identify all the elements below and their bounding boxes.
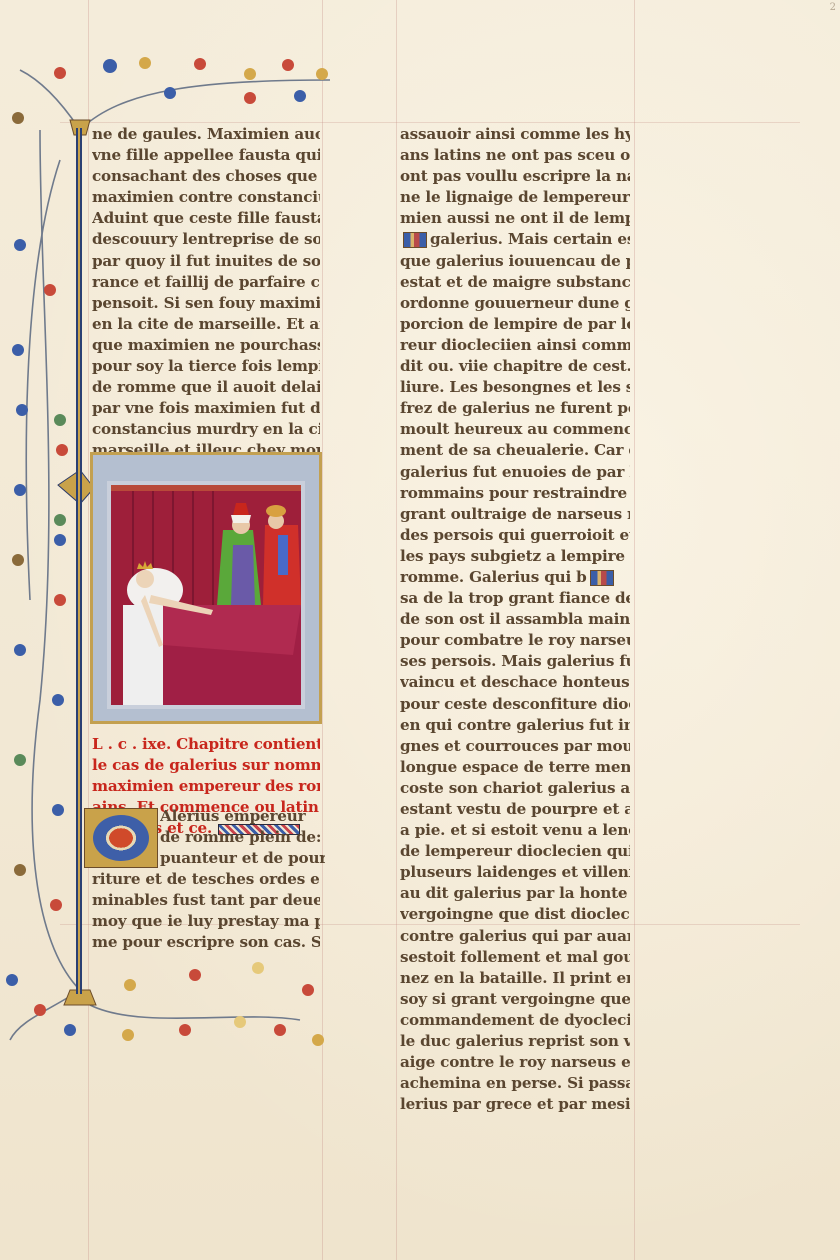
- text-line: grant oultraige de narseus roy:: [400, 504, 630, 525]
- text-line: de romme plein de:: [160, 827, 325, 848]
- text-line: pour soy la tierce fois lempire:: [92, 356, 320, 377]
- text-line: estant vestu de pourpre et alant: [400, 799, 630, 820]
- text-line: frez de galerius ne furent point: [400, 398, 630, 419]
- text-line: mien aussi ne ont il de lempereur: [400, 208, 630, 229]
- text-line: sa de la trop grant fiance de soy et: [400, 588, 630, 609]
- sickbed-scene-illustration: [93, 455, 319, 721]
- text-line: aige contre le roy narseus et se: [400, 1052, 630, 1073]
- text-line: Alerius empereur: [160, 806, 325, 827]
- text-line: descouury lentreprise de son pere: [92, 229, 320, 250]
- border-bar: [76, 128, 82, 994]
- text-line: par vne fois maximien fut de par: [92, 398, 320, 419]
- text-line: pour ceste desconfiture dioclecien: [400, 694, 630, 715]
- text-after-initial: riture et de tesches ordes et abho minab…: [92, 869, 320, 953]
- text-line: pluseurs laidenges et villenies: [400, 862, 630, 883]
- text-line: le duc galerius reprist son voy: [400, 1031, 630, 1052]
- text-line: les pays subgietz a lempire de:: [400, 546, 630, 567]
- text-line: vaincu et deschace honteusement: [400, 672, 630, 693]
- text-line-content: nez en la bataille. Il print en: [400, 969, 630, 987]
- rubric-line: le cas de galerius sur nomme:: [92, 755, 320, 776]
- text-line: ne le lignaige de lempereur maxi: [400, 187, 630, 208]
- text-line: liure. Les besongnes et les souf: [400, 377, 630, 398]
- text-line: minables fust tant par deuers:: [92, 890, 320, 911]
- manuscript-page: 2: [0, 0, 840, 1260]
- text-line: coste son chariot galerius adont: [400, 778, 630, 799]
- text-line: rommains pour restraindre le tres: [400, 483, 630, 504]
- text-line: gnes et courrouces par moult:: [400, 736, 630, 757]
- rubric-line: maximien empereur des romm: [92, 776, 320, 797]
- text-line: moult heureux au commence: [400, 419, 630, 440]
- inline-initial-m: [403, 232, 427, 248]
- text-line: pour combatre le roy narseus et: [400, 630, 630, 651]
- text-line: de lempereur dioclecien qui dit: [400, 841, 630, 862]
- initial-ornament: [93, 815, 149, 861]
- inline-initial-g: [590, 570, 614, 586]
- text-line: commandement de dyoclecien: [400, 1010, 630, 1031]
- text-line: estat et de maigre substance fut:: [400, 272, 630, 293]
- text-line: ses persois. Mais galerius fut: [400, 651, 630, 672]
- text-line: moy que ie luy prestay ma plu: [92, 911, 320, 932]
- text-line: reur diocleciien ainsi comme iay: [400, 335, 630, 356]
- text-line: en la cite de marseille. Et afin: [92, 314, 320, 335]
- text-line: ordonne gouuerneur dune grant: [400, 293, 630, 314]
- text-line: au dit galerius par la honte et: [400, 883, 630, 904]
- text-line: constancius murdry en la cite de: [92, 419, 320, 440]
- text-line: ne de gaules. Maximien auoit:: [92, 124, 320, 145]
- text-line: riture et de tesches ordes et abho: [92, 869, 320, 890]
- text-line: pensoit. Si sen fouy maximien: [92, 293, 320, 314]
- text-line: porcion de lempire de par lempe: [400, 314, 630, 335]
- text-line: galerius. Mais certain est: [400, 229, 630, 250]
- illuminated-initial-g: [84, 808, 158, 868]
- text-line: ans latins ne ont pas sceu ou ne: [400, 145, 630, 166]
- text-line: romme. Galerius qui b: [400, 567, 630, 588]
- text-line: Aduint que ceste fille faustaa: [92, 208, 320, 229]
- text-beside-initial: Alerius empereur de romme plein de: puan…: [160, 806, 325, 869]
- rubric-line: L . c . ixe. Chapitre contient: [92, 734, 320, 755]
- text-line: nez en la bataille. Il print en: [400, 968, 630, 989]
- text-line: que maximien ne pourchassast:: [92, 335, 320, 356]
- text-line: de romme que il auoit delaissiee: [92, 377, 320, 398]
- text-line: des persois qui guerroioit et pilloit: [400, 525, 630, 546]
- text-line: puanteur et de pour: [160, 848, 325, 869]
- text-line: de son ost il assambla mainamain: [400, 609, 630, 630]
- text-line: sestoit follement et mal gouuer: [400, 947, 630, 968]
- text-line: longue espace de terre mena de: [400, 757, 630, 778]
- text-line: vne fille appellee fausta qui estoit: [92, 145, 320, 166]
- text-line: assauoir ainsi comme les hystori: [400, 124, 630, 145]
- text-line: me pour escripre son cas. Si est: [92, 932, 320, 953]
- text-line: ment de sa cheualerie. Car quant: [400, 440, 630, 461]
- text-column-right: assauoir ainsi comme les hystori ans lat…: [400, 124, 630, 1115]
- text-line-content: romme. Galerius qui b: [400, 568, 587, 586]
- miniature-painting: [90, 452, 322, 724]
- text-line: galerius fut enuoies de par les: [400, 462, 630, 483]
- text-line: en qui contre galerius fut indi: [400, 715, 630, 736]
- text-line: ont pas voullu escripre la naissance: [400, 166, 630, 187]
- text-line: rance et faillij de parfaire ce quil: [92, 272, 320, 293]
- text-line: maximien contre constancius .: [92, 187, 320, 208]
- text-line: vergoingne que dist dioclecien:: [400, 904, 630, 925]
- text-line: contre galerius qui par auant: [400, 926, 630, 947]
- text-line-content: galerius. Mais certain est: [430, 230, 630, 248]
- text-line: soy si grant vergoingne que du: [400, 989, 630, 1010]
- text-line: que galerius iouuencau de petit: [400, 251, 630, 272]
- text-line: achemina en perse. Si passa gal: [400, 1073, 630, 1094]
- text-line: a pie. et si estoit venu a lencontre: [400, 820, 630, 841]
- text-line: par quoy il fut inuites de son espe: [92, 251, 320, 272]
- text-line: lerius par grece et par mesie vne: [400, 1094, 630, 1115]
- text-line: dit ou. viie chapitre de cest. viie: [400, 356, 630, 377]
- text-line: consachant des choses que faisoit: [92, 166, 320, 187]
